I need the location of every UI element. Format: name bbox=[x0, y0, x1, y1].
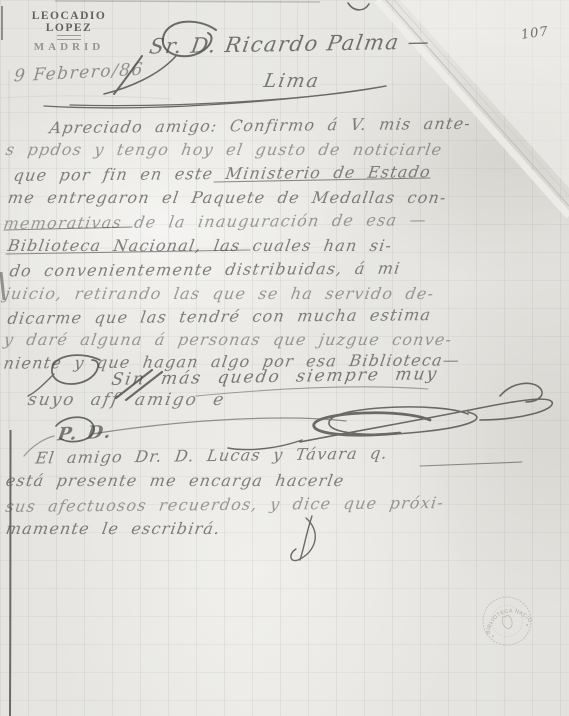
top-edge-shadow bbox=[55, 1, 320, 2]
lima-underline-swash bbox=[44, 86, 386, 108]
body-line: do convenientemente distribuidas, á mi bbox=[8, 259, 402, 281]
postscript-line: sus afectuosos recuerdos, y dice que pró… bbox=[4, 493, 445, 516]
body-line: s ppdos y tengo hoy el gusto de noticiar… bbox=[4, 140, 443, 159]
closing-line: suyo aff amigo e bbox=[26, 390, 227, 410]
crease-line bbox=[0, 96, 172, 99]
stamp-emblem bbox=[501, 615, 514, 630]
crease-line bbox=[297, 0, 298, 112]
body-line: y daré alguna á personas que juzgue conv… bbox=[2, 330, 453, 349]
signature-flourish bbox=[228, 383, 552, 449]
letter-scan-page: LEOCADIO LOPEZ MADRID 107 Sr. D. Ricardo… bbox=[0, 0, 569, 716]
date-line: 9 Febrero/86 bbox=[13, 60, 145, 87]
letterhead-name: LEOCADIO LOPEZ bbox=[16, 10, 122, 34]
stamp-outer-ring bbox=[477, 591, 537, 651]
underline-tavara bbox=[420, 462, 522, 466]
library-stamp: BIBLIOTECA NACIONAL - PERU bbox=[476, 590, 538, 651]
end-rubric-flourish bbox=[291, 516, 315, 561]
body-line: Apreciado amigo: Confirmo á V. mis ante- bbox=[48, 114, 472, 137]
postscript-line: mamente le escribirá. bbox=[4, 519, 222, 538]
letterhead-city: MADRID bbox=[16, 41, 122, 53]
body-line: memorativas de la inauguración de esa — bbox=[2, 210, 428, 233]
top-edge-mark bbox=[348, 3, 369, 10]
body-line: juicio, retirando las que se ha servido … bbox=[3, 284, 435, 303]
postscript-line: está presente me encarga hacerle bbox=[4, 471, 346, 490]
body-line: me entregaron el Paquete de Medallas con… bbox=[6, 188, 448, 207]
letterhead-stamp: LEOCADIO LOPEZ MADRID bbox=[16, 10, 122, 53]
postscript-label: P. D. bbox=[56, 422, 114, 446]
salutation-line: Sr. D. Ricardo Palma — bbox=[148, 30, 433, 59]
svg-text:BIBLIOTECA NACIONAL - PERU: BIBLIOTECA NACIONAL - PERU bbox=[480, 602, 534, 638]
body-line: que por fin en este Ministerio de Estado bbox=[12, 162, 432, 185]
stamp-text: BIBLIOTECA NACIONAL - PERU bbox=[480, 602, 534, 638]
recipient-city: Lima bbox=[262, 70, 322, 92]
stamp-inner-ring bbox=[487, 601, 526, 640]
postscript-line: El amigo Dr. D. Lucas y Távara q. bbox=[34, 444, 389, 468]
body-line: Biblioteca Nacional, las cuales han si- bbox=[6, 236, 393, 255]
letterhead-ornament bbox=[57, 35, 81, 40]
page-number: 107 bbox=[520, 24, 550, 43]
body-line: dicarme que las tendré con mucha estima bbox=[6, 305, 432, 328]
